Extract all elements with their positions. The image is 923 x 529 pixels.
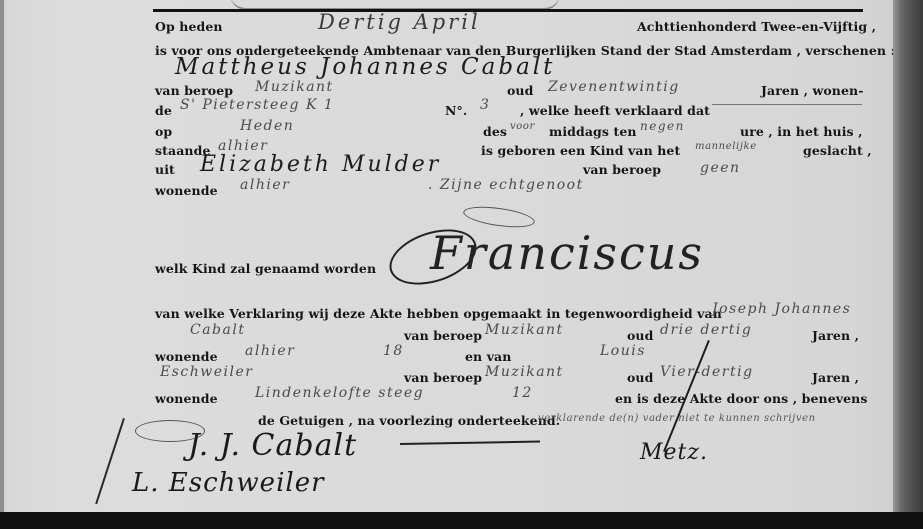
handwritten-child-name: Franciscus [430, 226, 704, 280]
printed-w2-oud: oud [627, 370, 653, 385]
printed-en-van: en van [465, 349, 511, 364]
handwritten-child-sex: mannelijke [695, 141, 757, 152]
signature-official: Metz. [640, 440, 708, 465]
printed-uit: uit [155, 162, 175, 177]
printed-w1-beroep: van beroep [404, 328, 482, 343]
printed-akte-door-ons: en is deze Akte door ons , benevens [615, 391, 868, 406]
handwritten-relation: . Zijne echtgenoot [428, 177, 584, 193]
handwritten-birth-hour: negen [640, 119, 685, 133]
printed-geslacht: geslacht , [803, 143, 872, 158]
printed-verklaring: van welke Verklaring wij deze Akte hebbe… [155, 306, 722, 321]
handwritten-witness1-age: drie dertig [660, 322, 752, 338]
printed-van-beroep: van beroep [155, 83, 233, 98]
handwritten-street: S' Pietersteeg K 1 [180, 97, 334, 113]
handwritten-declarant-name: Mattheus Johannes Cabalt [175, 54, 555, 80]
blank-line [712, 104, 862, 105]
printed-w2-jaren: Jaren , [812, 370, 859, 385]
printed-w1-jaren: Jaren , [812, 328, 859, 343]
printed-oud: oud [507, 83, 533, 98]
handwritten-witness1-name-1: Joseph Johannes [712, 301, 851, 317]
handwritten-witness1-residence: alhier [245, 343, 295, 359]
handwritten-witness2-age: Vier-dertig [660, 364, 754, 380]
handwritten-witness2-number: 12 [512, 385, 533, 401]
printed-op: op [155, 124, 172, 139]
printed-op-heden: Op heden [155, 19, 223, 34]
margin-bracket-stroke [95, 418, 125, 504]
handwritten-witness1-occupation: Muzikant [485, 322, 564, 338]
printed-getuigen: de Getuigen , na voorlezing onderteekend… [258, 413, 560, 428]
printed-wonende: wonende [155, 183, 218, 198]
printed-w1-wonende: wonende [155, 349, 218, 364]
handwritten-witness2-residence: Lindenkelofte steeg [255, 385, 424, 401]
handwritten-house-number: 3 [480, 97, 490, 113]
handwritten-part-of-day: voor [510, 121, 535, 132]
handwritten-declarant-occupation: Muzikant [255, 79, 334, 95]
handwritten-birth-day: Heden [240, 118, 294, 134]
binding-shadow [893, 0, 923, 529]
printed-middags-ten: middags ten [549, 124, 637, 139]
signature-underline [400, 441, 540, 445]
printed-mother-beroep: van beroep [583, 162, 661, 177]
handwritten-date: Dertig April [318, 10, 481, 34]
handwritten-mother-name: Elizabeth Mulder [200, 152, 441, 177]
register-page: Op heden Dertig April Achttienhonderd Tw… [0, 0, 900, 512]
handwritten-declarant-age: Zevenentwintig [548, 79, 680, 95]
printed-w1-oud: oud [627, 328, 653, 343]
printed-jaren-wonen: Jaren , wonen- [761, 83, 864, 98]
page-left-edge [0, 0, 4, 512]
printed-w2-beroep: van beroep [404, 370, 482, 385]
signature-witness2: L. Eschweiler [132, 468, 325, 498]
scan-bottom-edge [0, 512, 923, 529]
handwritten-witness2-name-2: Eschweiler [160, 364, 253, 380]
printed-des: des [483, 124, 507, 139]
printed-number-label: N°. [445, 103, 467, 118]
handwritten-witness1-name-2: Cabalt [190, 322, 245, 338]
handwritten-witness1-number: 18 [383, 343, 404, 359]
printed-welk-kind: welk Kind zal genaamd worden [155, 261, 376, 276]
handwritten-witness2-occupation: Muzikant [485, 364, 564, 380]
signature-witness1: J. J. Cabalt [188, 428, 357, 463]
handwritten-mother-residence: alhier [240, 177, 290, 193]
printed-is-geboren: is geboren een Kind van het [481, 143, 680, 158]
printed-year: Achttienhonderd Twee-en-Vijftig , [637, 19, 876, 34]
printed-de: de [155, 103, 172, 118]
printed-w2-wonende: wonende [155, 391, 218, 406]
header-rule [153, 9, 863, 12]
handwritten-mother-occupation: geen [700, 160, 741, 176]
printed-verklaard: , welke heeft verklaard dat [520, 103, 710, 118]
handwritten-witness2-name-1: Louis [600, 343, 646, 359]
printed-ure-huis: ure , in het huis , [740, 124, 863, 139]
